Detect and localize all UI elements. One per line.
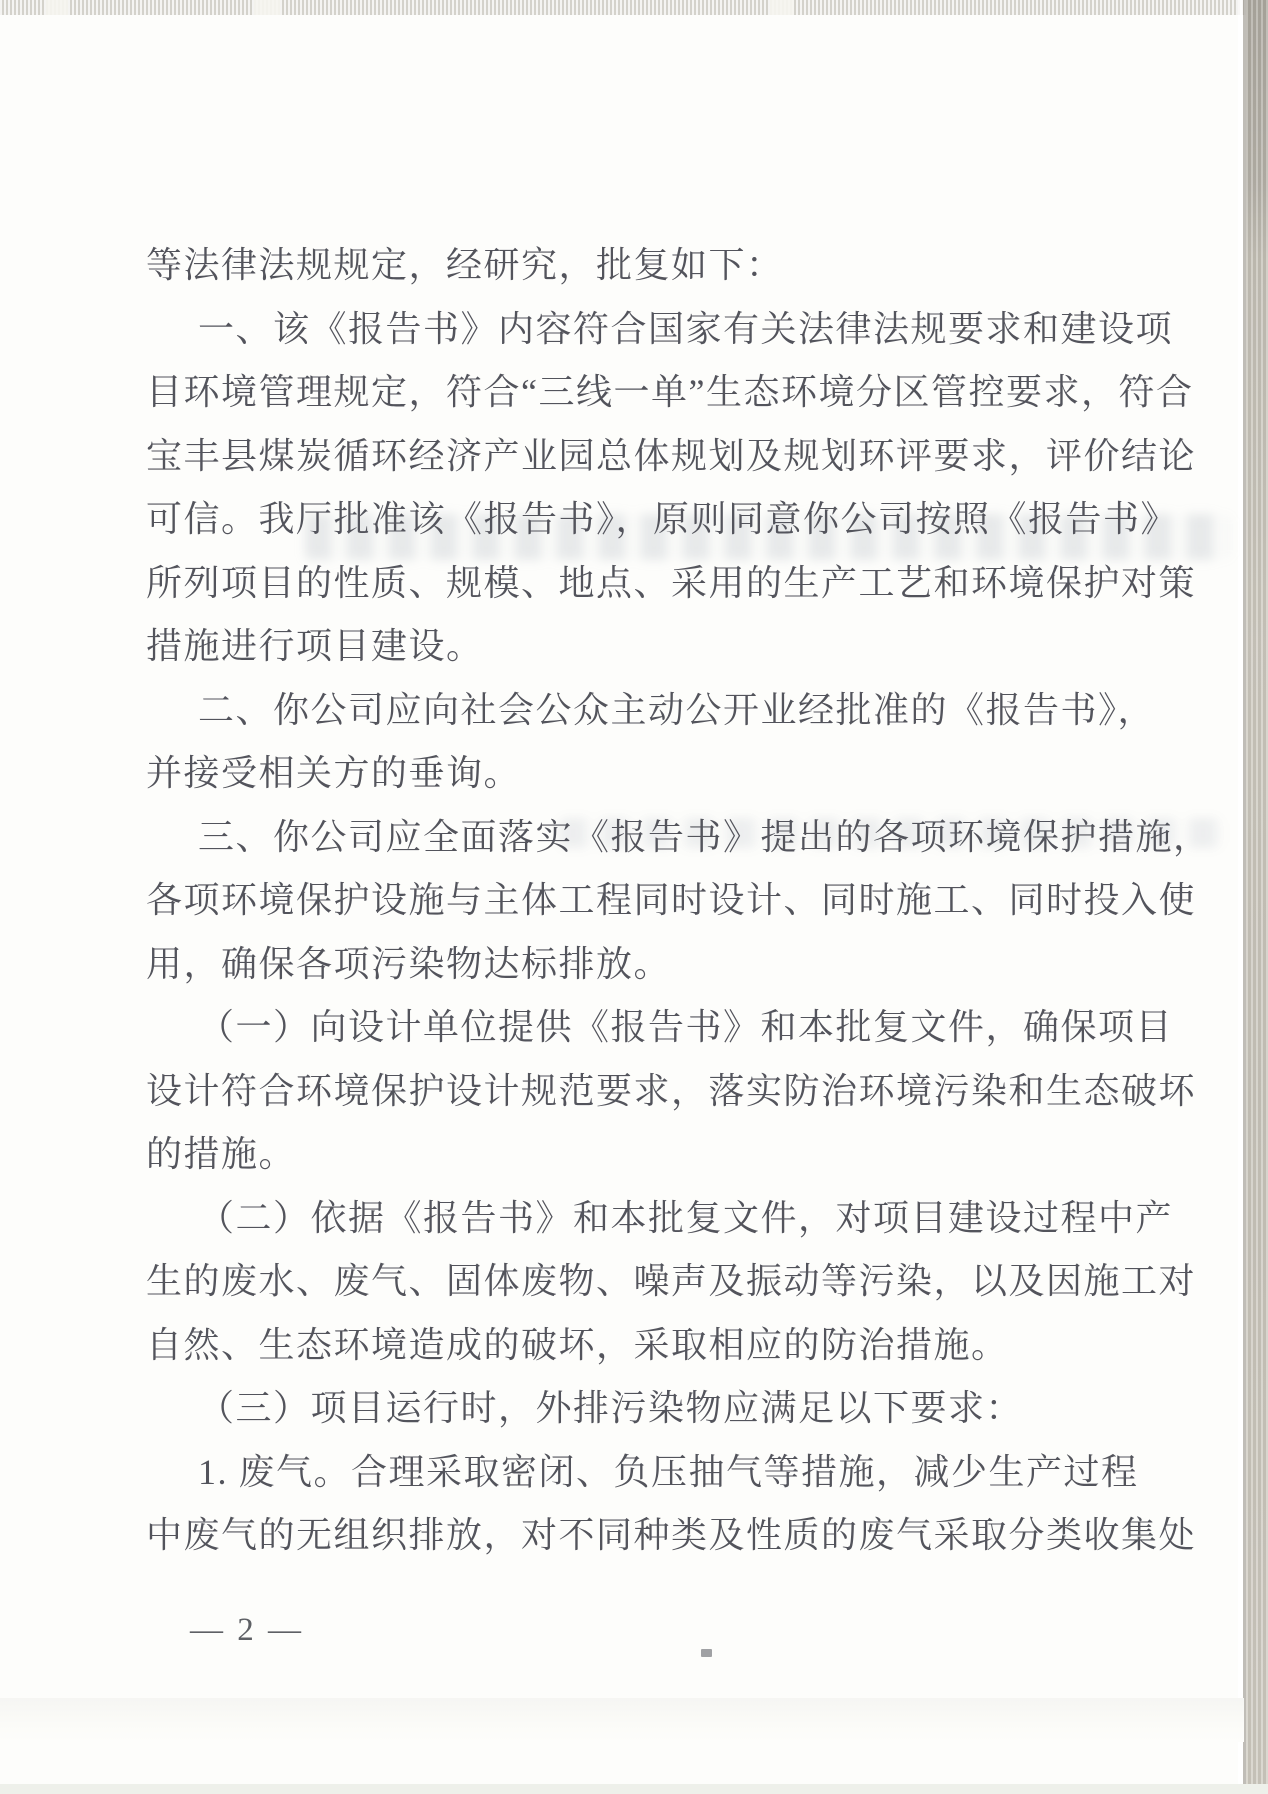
scanner-background-strip <box>0 0 1268 15</box>
text-line: 三、你公司应全面落实《报告书》提出的各项环境保护措施， <box>146 806 1146 870</box>
text-line: 并接受相关方的垂询。 <box>146 742 1146 806</box>
text-line: 自然、生态环境造成的破坏，采取相应的防治措施。 <box>146 1314 1146 1378</box>
text-line: 可信。我厅批准该《报告书》，原则同意你公司按照《报告书》 <box>146 488 1146 552</box>
text-line: 的措施。 <box>146 1123 1146 1187</box>
text-line: 各项环境保护设施与主体工程同时设计、同时施工、同时投入使 <box>146 869 1146 933</box>
text-line: 用，确保各项污染物达标排放。 <box>146 933 1146 997</box>
text-line: 设计符合环境保护设计规范要求，落实防治环境污染和生态破坏 <box>146 1060 1146 1124</box>
text-line: 中废气的无组织排放，对不同种类及性质的废气采取分类收集处 <box>146 1504 1146 1568</box>
text-line: 一、该《报告书》内容符合国家有关法律法规要求和建设项 <box>146 298 1146 362</box>
scan-texture-tab <box>254 0 280 15</box>
text-line: 1. 废气。合理采取密闭、负压抽气等措施，减少生产过程 <box>146 1441 1146 1505</box>
page-number: — 2 — <box>190 1612 304 1649</box>
text-line: （一）向设计单位提供《报告书》和本批复文件，确保项目 <box>146 996 1146 1060</box>
scan-texture-tab <box>770 0 794 15</box>
document-body: 等法律法规规定，经研究，批复如下： 一、该《报告书》内容符合国家有关法律法规要求… <box>146 234 1146 1568</box>
scan-texture-tab <box>46 0 68 15</box>
text-line: 目环境管理规定，符合“三线一单”生态环境分区管控要求，符合 <box>146 361 1146 425</box>
text-line: （二）依据《报告书》和本批复文件，对项目建设过程中产 <box>146 1187 1146 1251</box>
scan-speck-artifact <box>701 1649 712 1657</box>
scanner-right-margin <box>1246 0 1268 1794</box>
scan-band-artifact <box>0 1784 1268 1794</box>
text-line: 生的废水、废气、固体废物、噪声及振动等污染，以及因施工对 <box>146 1250 1146 1314</box>
text-line: 二、你公司应向社会公众主动公开业经批准的《报告书》， <box>146 679 1146 743</box>
text-line: 等法律法规规定，经研究，批复如下： <box>146 234 1146 298</box>
text-line: 措施进行项目建设。 <box>146 615 1146 679</box>
scan-band-artifact <box>0 1698 1244 1742</box>
text-line: 宝丰县煤炭循环经济产业园总体规划及规划环评要求，评价结论 <box>146 425 1146 489</box>
text-line: 所列项目的性质、规模、地点、采用的生产工艺和环境保护对策 <box>146 552 1146 616</box>
text-line: （三）项目运行时，外排污染物应满足以下要求： <box>146 1377 1146 1441</box>
